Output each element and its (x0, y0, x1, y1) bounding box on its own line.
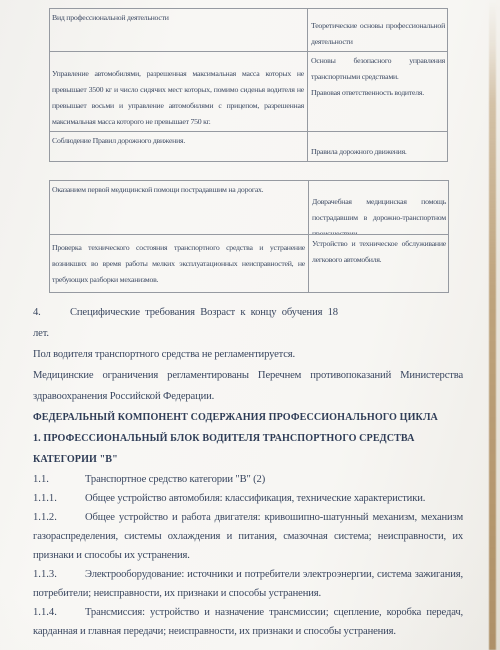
table-cell-driving-description: Управление автомобилями, разрешенная мак… (50, 52, 308, 131)
list-number: 1.1.3. (33, 565, 85, 584)
activity-theory-table: Вид профессиональной деятельности Теорет… (49, 8, 448, 162)
requirements-line-2: лет. (33, 328, 49, 339)
curriculum-item: 1.1.1.Общее устройство автомобиля: класс… (33, 489, 463, 508)
list-number: 1.1.4. (33, 603, 85, 622)
list-number: 1.1.2. (33, 508, 85, 527)
cell-text: Соблюдение Правил дорожного движения. (52, 133, 304, 149)
list-number: 4. (33, 302, 70, 323)
medical-technical-table: Оказанием первой медицинской помощи пост… (49, 180, 449, 293)
document-body: 4.Специфические требования Возраст к кон… (33, 302, 463, 641)
table-cell-pre-medical-aid: Доврачебная медицинская помощь пострадав… (309, 181, 448, 234)
cell-text: Теоретические основы профессиональной де… (311, 18, 445, 50)
table-row: Соблюдение Правил дорожного движения. Пр… (50, 131, 447, 161)
table-cell-vehicle-maintenance: Устройство и техническое обслуживание ле… (309, 235, 448, 292)
scanned-document-page: Вид профессиональной деятельности Теорет… (0, 0, 500, 650)
gender-paragraph: Пол водителя транспортного средства не р… (33, 344, 463, 365)
item-text: Общее устройство и работа двигателя: кри… (33, 512, 463, 561)
table-cell-safety-basics: Основы безопасного управления транспортн… (308, 52, 447, 131)
table-cell-activity-header: Вид профессиональной деятельности (50, 9, 308, 51)
cell-text: Основы безопасного управления транспортн… (311, 53, 445, 85)
cell-text: Доврачебная медицинская помощь пострадав… (312, 194, 446, 234)
curriculum-item: 1.1.Транспортное средство категории "В" … (33, 470, 463, 489)
curriculum-item: 1.1.4.Трансмиссия: устройство и назначен… (33, 603, 463, 641)
table-row: Управление автомобилями, разрешенная мак… (50, 51, 447, 131)
curriculum-item: 1.1.2.Общее устройство и работа двигател… (33, 508, 463, 565)
item-text: Транспортное средство категории "В" (2) (85, 474, 265, 485)
table-cell-first-aid: Оказанием первой медицинской помощи пост… (50, 181, 309, 234)
specific-requirements-paragraph: 4.Специфические требования Возраст к кон… (33, 302, 463, 344)
requirements-line-1: Специфические требования Возраст к концу… (70, 307, 338, 318)
cell-text: Правовая ответственность водителя. (311, 85, 445, 101)
cell-text: Устройство и техническое обслуживание ле… (312, 236, 446, 268)
item-text: Общее устройство автомобиля: классификац… (85, 493, 425, 504)
curriculum-item: 1.1.3.Электрооборудование: источники и п… (33, 565, 463, 603)
table-cell-rules-compliance: Соблюдение Правил дорожного движения. (50, 132, 308, 161)
cell-text: Вид профессиональной деятельности (52, 10, 304, 26)
table-cell-technical-check: Проверка технического состояния транспор… (50, 235, 309, 292)
medical-restrictions-paragraph: Медицинские ограничения регламентированы… (33, 365, 463, 407)
table-cell-traffic-rules: Правила дорожного движения. (308, 132, 447, 161)
federal-component-heading: ФЕДЕРАЛЬНЫЙ КОМПОНЕНТ СОДЕРЖАНИЯ ПРОФЕСС… (33, 407, 463, 428)
cell-text: Проверка технического состояния транспор… (52, 240, 305, 288)
cell-text: Правила дорожного движения. (311, 144, 445, 160)
table-row: Проверка технического состояния транспор… (50, 234, 448, 292)
item-text: Электрооборудование: источники и потреби… (33, 569, 463, 599)
professional-block-heading: 1. ПРОФЕССИОНАЛЬНЫЙ БЛОК ВОДИТЕЛЯ ТРАНСП… (33, 428, 463, 470)
list-number: 1.1. (33, 470, 85, 489)
cell-text: Управление автомобилями, разрешенная мак… (52, 66, 304, 130)
table-row: Вид профессиональной деятельности Теорет… (50, 9, 447, 51)
table-cell-theory-header: Теоретические основы профессиональной де… (308, 9, 447, 51)
table-row: Оказанием первой медицинской помощи пост… (50, 181, 448, 234)
page-right-gutter (496, 0, 500, 650)
item-text: Трансмиссия: устройство и назначение тра… (33, 607, 463, 637)
page-edge-shadow (489, 0, 496, 650)
list-number: 1.1.1. (33, 489, 85, 508)
cell-text: Оказанием первой медицинской помощи пост… (52, 182, 305, 198)
